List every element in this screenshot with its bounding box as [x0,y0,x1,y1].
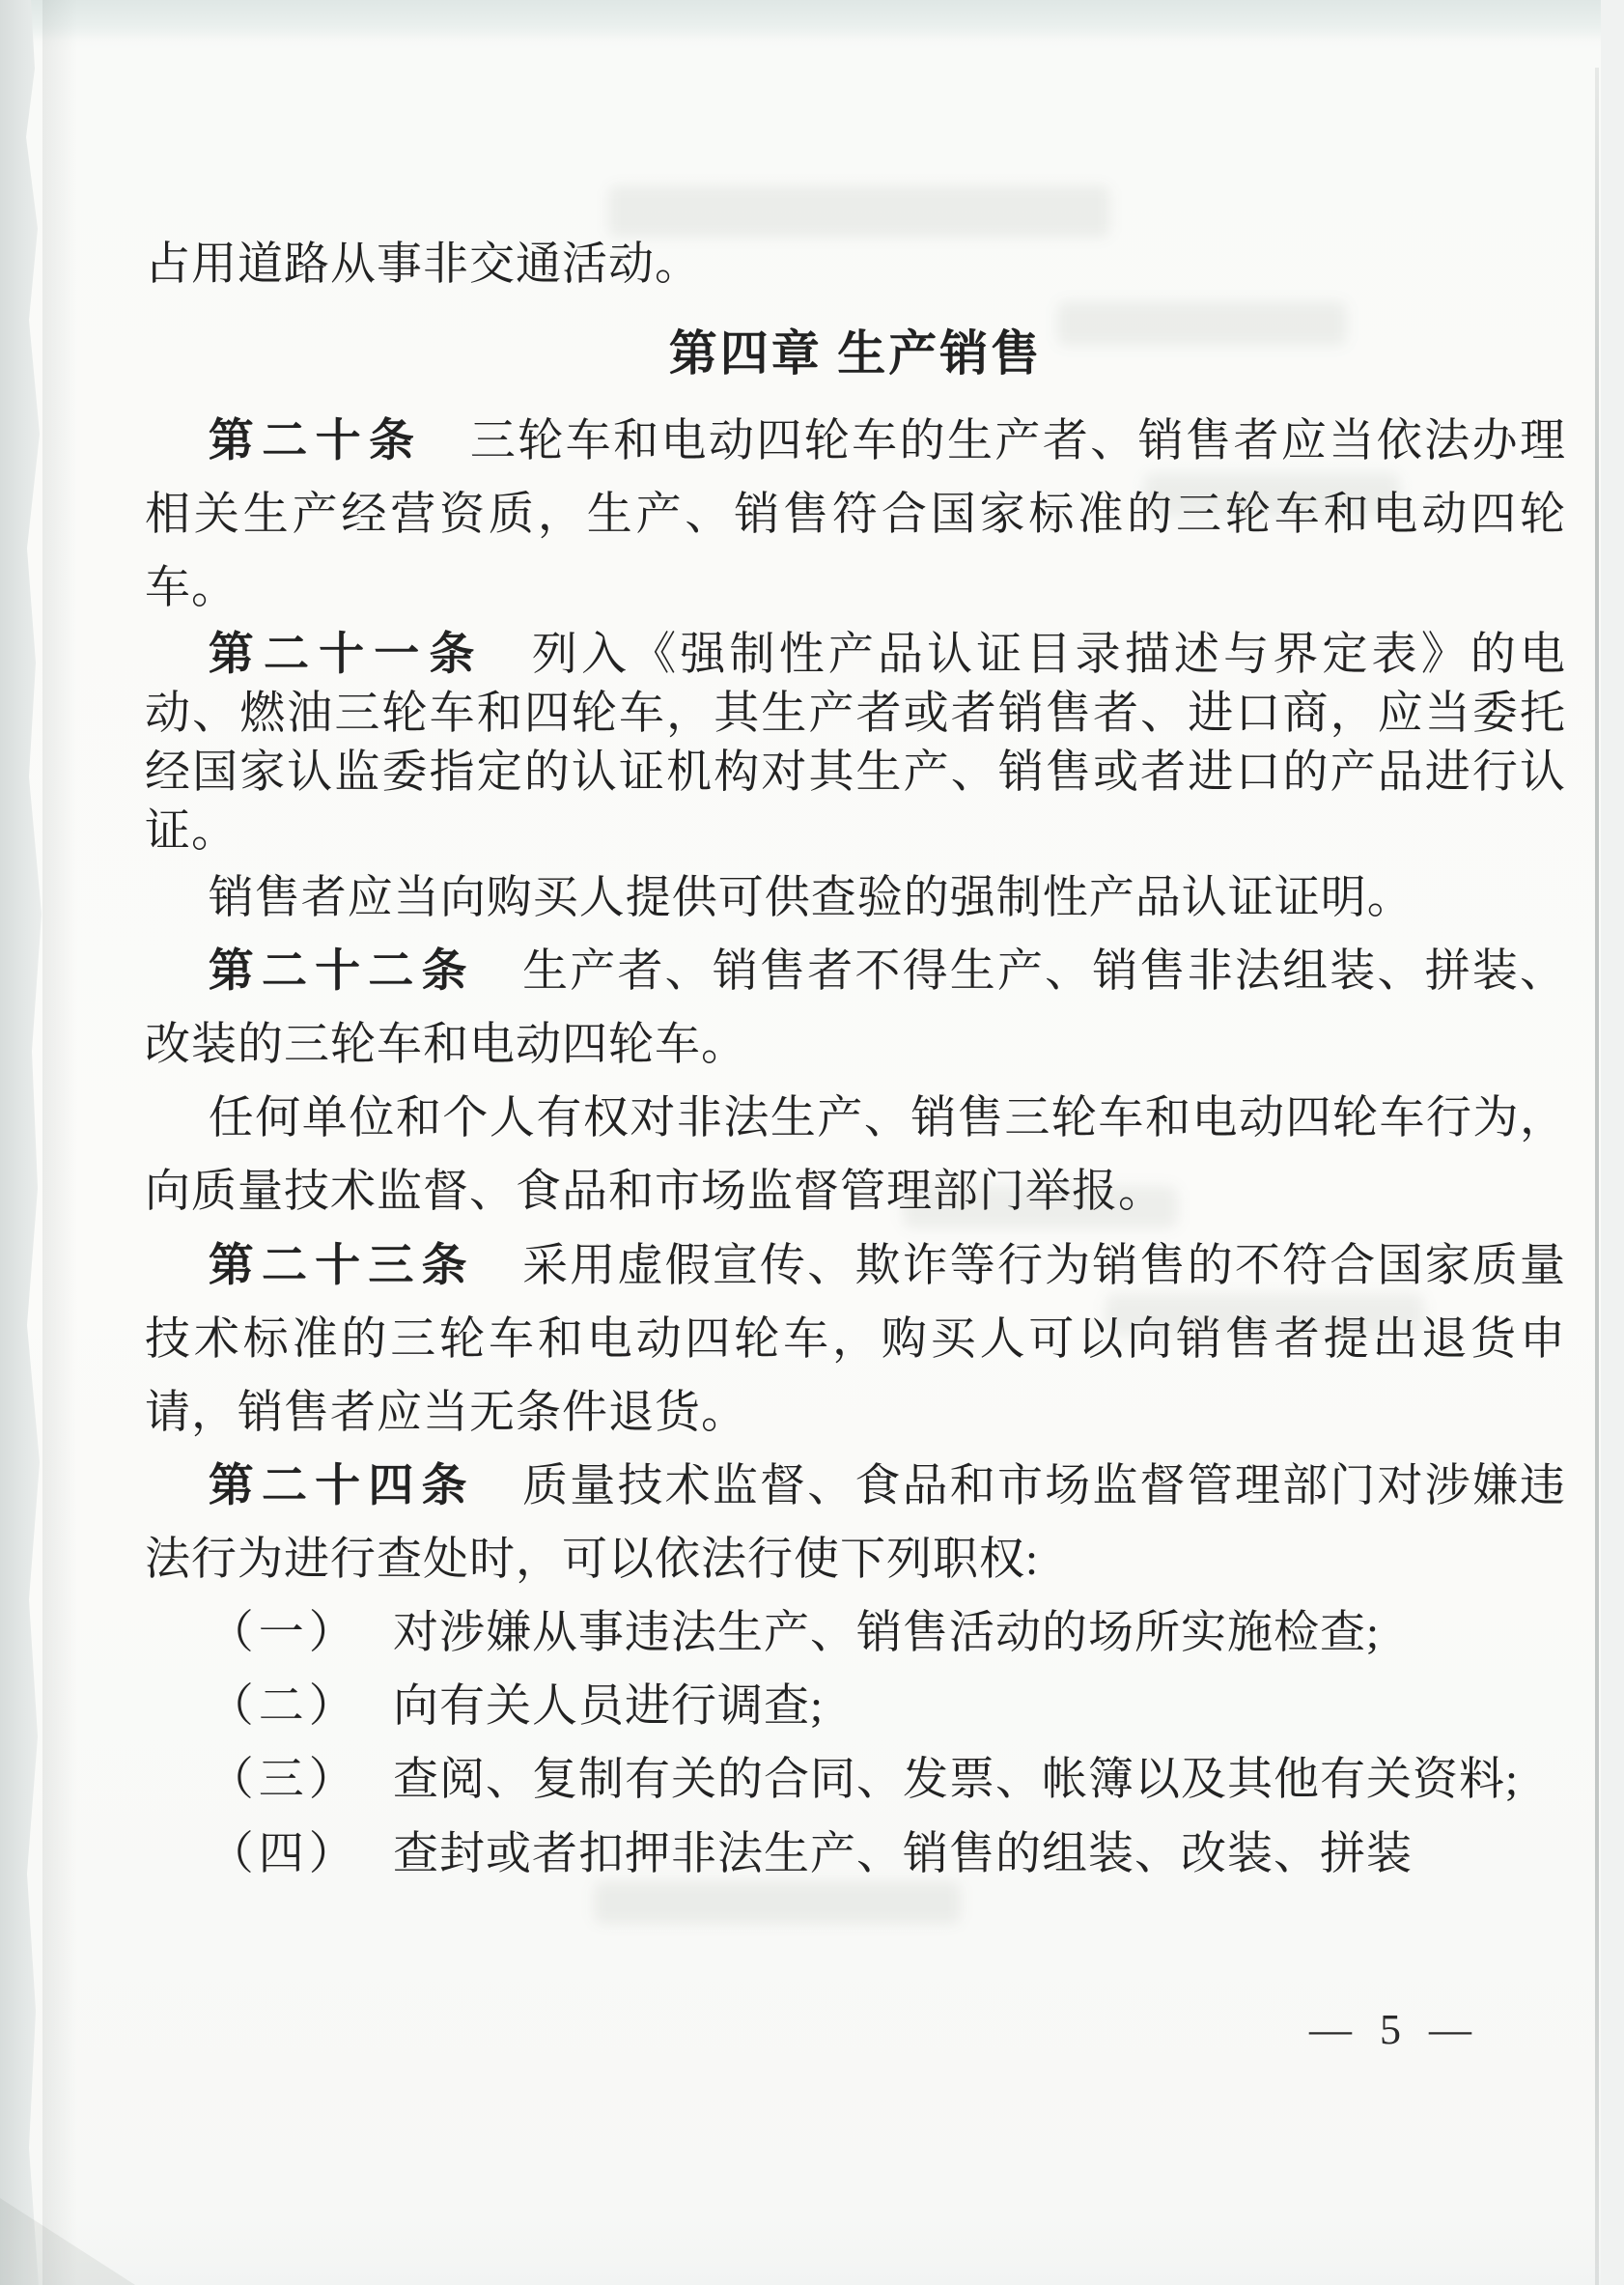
paragraph-text: 查封或者扣押非法生产、销售的组装、改装、拼装 [393,1829,1413,1879]
article-number: 第二十二条 [209,946,475,997]
paragraph: 任何单位和个人有权对非法生产、销售三轮车和电动四轮车行为，向质量技术监督、食品和… [145,1082,1566,1228]
article-number: （二） [209,1681,359,1732]
paragraph: 第二十条三轮车和电动四轮车的生产者、销售者应当依法办理相关生产经营资质，生产、销… [145,405,1566,625]
paragraph: 第二十二条生产者、销售者不得生产、销售非法组装、拼装、改装的三轮车和电动四轮车。 [145,935,1566,1082]
paragraph: （三）查阅、复制有关的合同、发票、帐簿以及其他有关资料; [145,1743,1566,1817]
scanned-page: 占用道路从事非交通活动。 第四章 生产销售 第二十条三轮车和电动四轮车的生产者、… [0,0,1624,2285]
paragraph-text: 对涉嫌从事违法生产、销售活动的场所实施检查; [393,1608,1380,1658]
document-content: 占用道路从事非交通活动。 第四章 生产销售 第二十条三轮车和电动四轮车的生产者、… [145,228,1566,1891]
scanner-edge-band [0,0,1624,41]
paragraph: 第二十四条质量技术监督、食品和市场监督管理部门对涉嫌违法行为进行查处时，可以依法… [145,1450,1566,1596]
paragraph: （一）对涉嫌从事违法生产、销售活动的场所实施检查; [145,1596,1566,1670]
paragraph: 销售者应当向购买人提供可供查验的强制性产品认证证明。 [145,861,1566,935]
paragraph: 第二十三条采用虚假宣传、欺诈等行为销售的不符合国家质量技术标准的三轮车和电动四轮… [145,1229,1566,1450]
article-number: 第二十条 [209,416,423,466]
paragraph: 第二十一条列入《强制性产品认证目录描述与界定表》的电动、燃油三轮车和四轮车，其生… [145,626,1566,861]
article-number: （一） [209,1608,359,1658]
article-number: 第二十三条 [209,1241,475,1291]
chapter-heading: 第四章 生产销售 [145,315,1566,393]
page-number: — 5 — [1309,2005,1473,2054]
paragraph-text: 向有关人员进行调查; [393,1681,824,1732]
article-number: 第二十四条 [209,1461,475,1511]
paragraph-text: 销售者应当向购买人提供可供查验的强制性产品认证证明。 [209,873,1414,923]
paper-fold-shadow [0,2198,135,2285]
article-number: （四） [209,1829,359,1879]
article-number: 第二十一条 [209,630,485,680]
paper-edge-shadow [42,0,77,2285]
paragraph: （四）查封或者扣押非法生产、销售的组装、改装、拼装 [145,1818,1566,1891]
paragraph: （二）向有关人员进行调查; [145,1670,1566,1743]
paper-edge-line [1595,68,1599,2285]
torn-paper-edge [0,0,48,2285]
paragraph-text: 查阅、复制有关的合同、发票、帐簿以及其他有关资料; [393,1755,1519,1805]
paragraph-text: 任何单位和个人有权对非法生产、销售三轮车和电动四轮车行为，向质量技术监督、食品和… [145,1093,1566,1217]
article-paragraphs: 第二十条三轮车和电动四轮车的生产者、销售者应当依法办理相关生产经营资质，生产、销… [145,405,1566,1891]
article-number: （三） [209,1755,359,1805]
scan-right-margin [1601,0,1624,2285]
continuation-line: 占用道路从事非交通活动。 [145,228,1566,301]
